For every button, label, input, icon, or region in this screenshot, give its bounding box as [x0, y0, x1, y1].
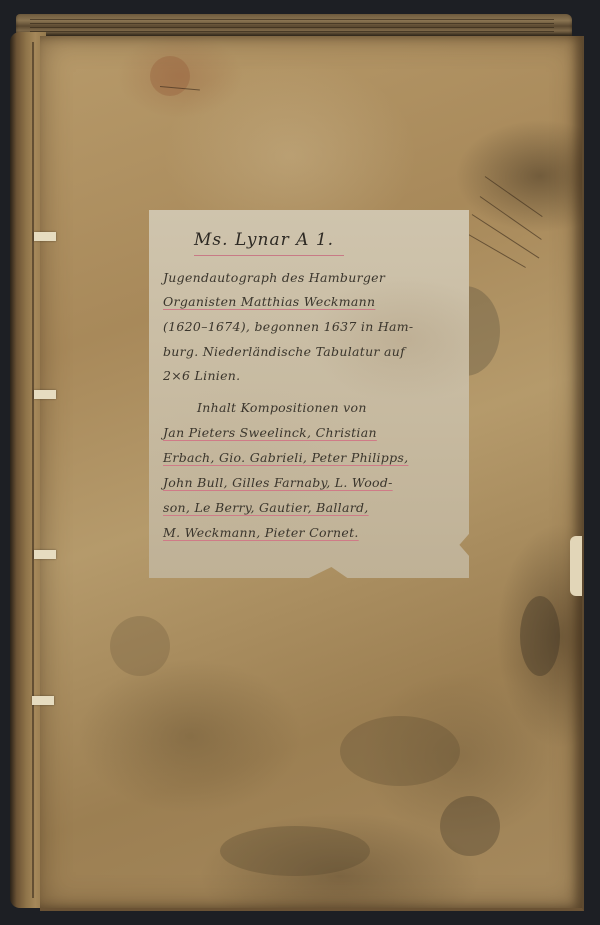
stain: [220, 826, 370, 876]
label-line: burg. Niederländische Tabulatur auf: [163, 344, 463, 359]
stain: [440, 796, 500, 856]
red-underline: [194, 255, 344, 256]
label-line: Jugendautograph des Hamburger: [163, 270, 463, 285]
torn-edge: [570, 536, 582, 596]
binding-tie: [32, 696, 54, 705]
label-line: son, Le Berry, Gautier, Ballard,: [163, 500, 463, 515]
binding-tie: [34, 550, 56, 559]
label-line: Jan Pieters Sweelinck, Christian: [163, 425, 463, 440]
stain: [150, 56, 190, 96]
scratch-mark: [465, 232, 526, 268]
label-line: (1620–1674), begonnen 1637 in Ham-: [163, 319, 463, 334]
stain: [110, 616, 170, 676]
label-line: Organisten Matthias Weckmann: [163, 294, 463, 309]
stain: [340, 716, 460, 786]
label-line: 2×6 Linien.: [163, 368, 463, 383]
scratch-mark: [480, 196, 542, 240]
stain: [520, 596, 560, 676]
label-line: Inhalt Kompositionen von: [197, 400, 497, 415]
scratch-mark: [485, 176, 543, 217]
paper-label: Ms. Lynar A 1. Jugendautograph des Hambu…: [149, 210, 469, 578]
label-title: Ms. Lynar A 1.: [194, 230, 334, 250]
scratch-mark: [472, 214, 540, 258]
label-line: John Bull, Gilles Farnaby, L. Wood-: [163, 475, 463, 490]
label-line: Erbach, Gio. Gabrieli, Peter Philipps,: [163, 450, 463, 465]
book-top-edge-pages: [16, 14, 572, 36]
binding-tie: [34, 232, 56, 241]
label-line: M. Weckmann, Pieter Cornet.: [163, 525, 463, 540]
binding-tie: [34, 390, 56, 399]
